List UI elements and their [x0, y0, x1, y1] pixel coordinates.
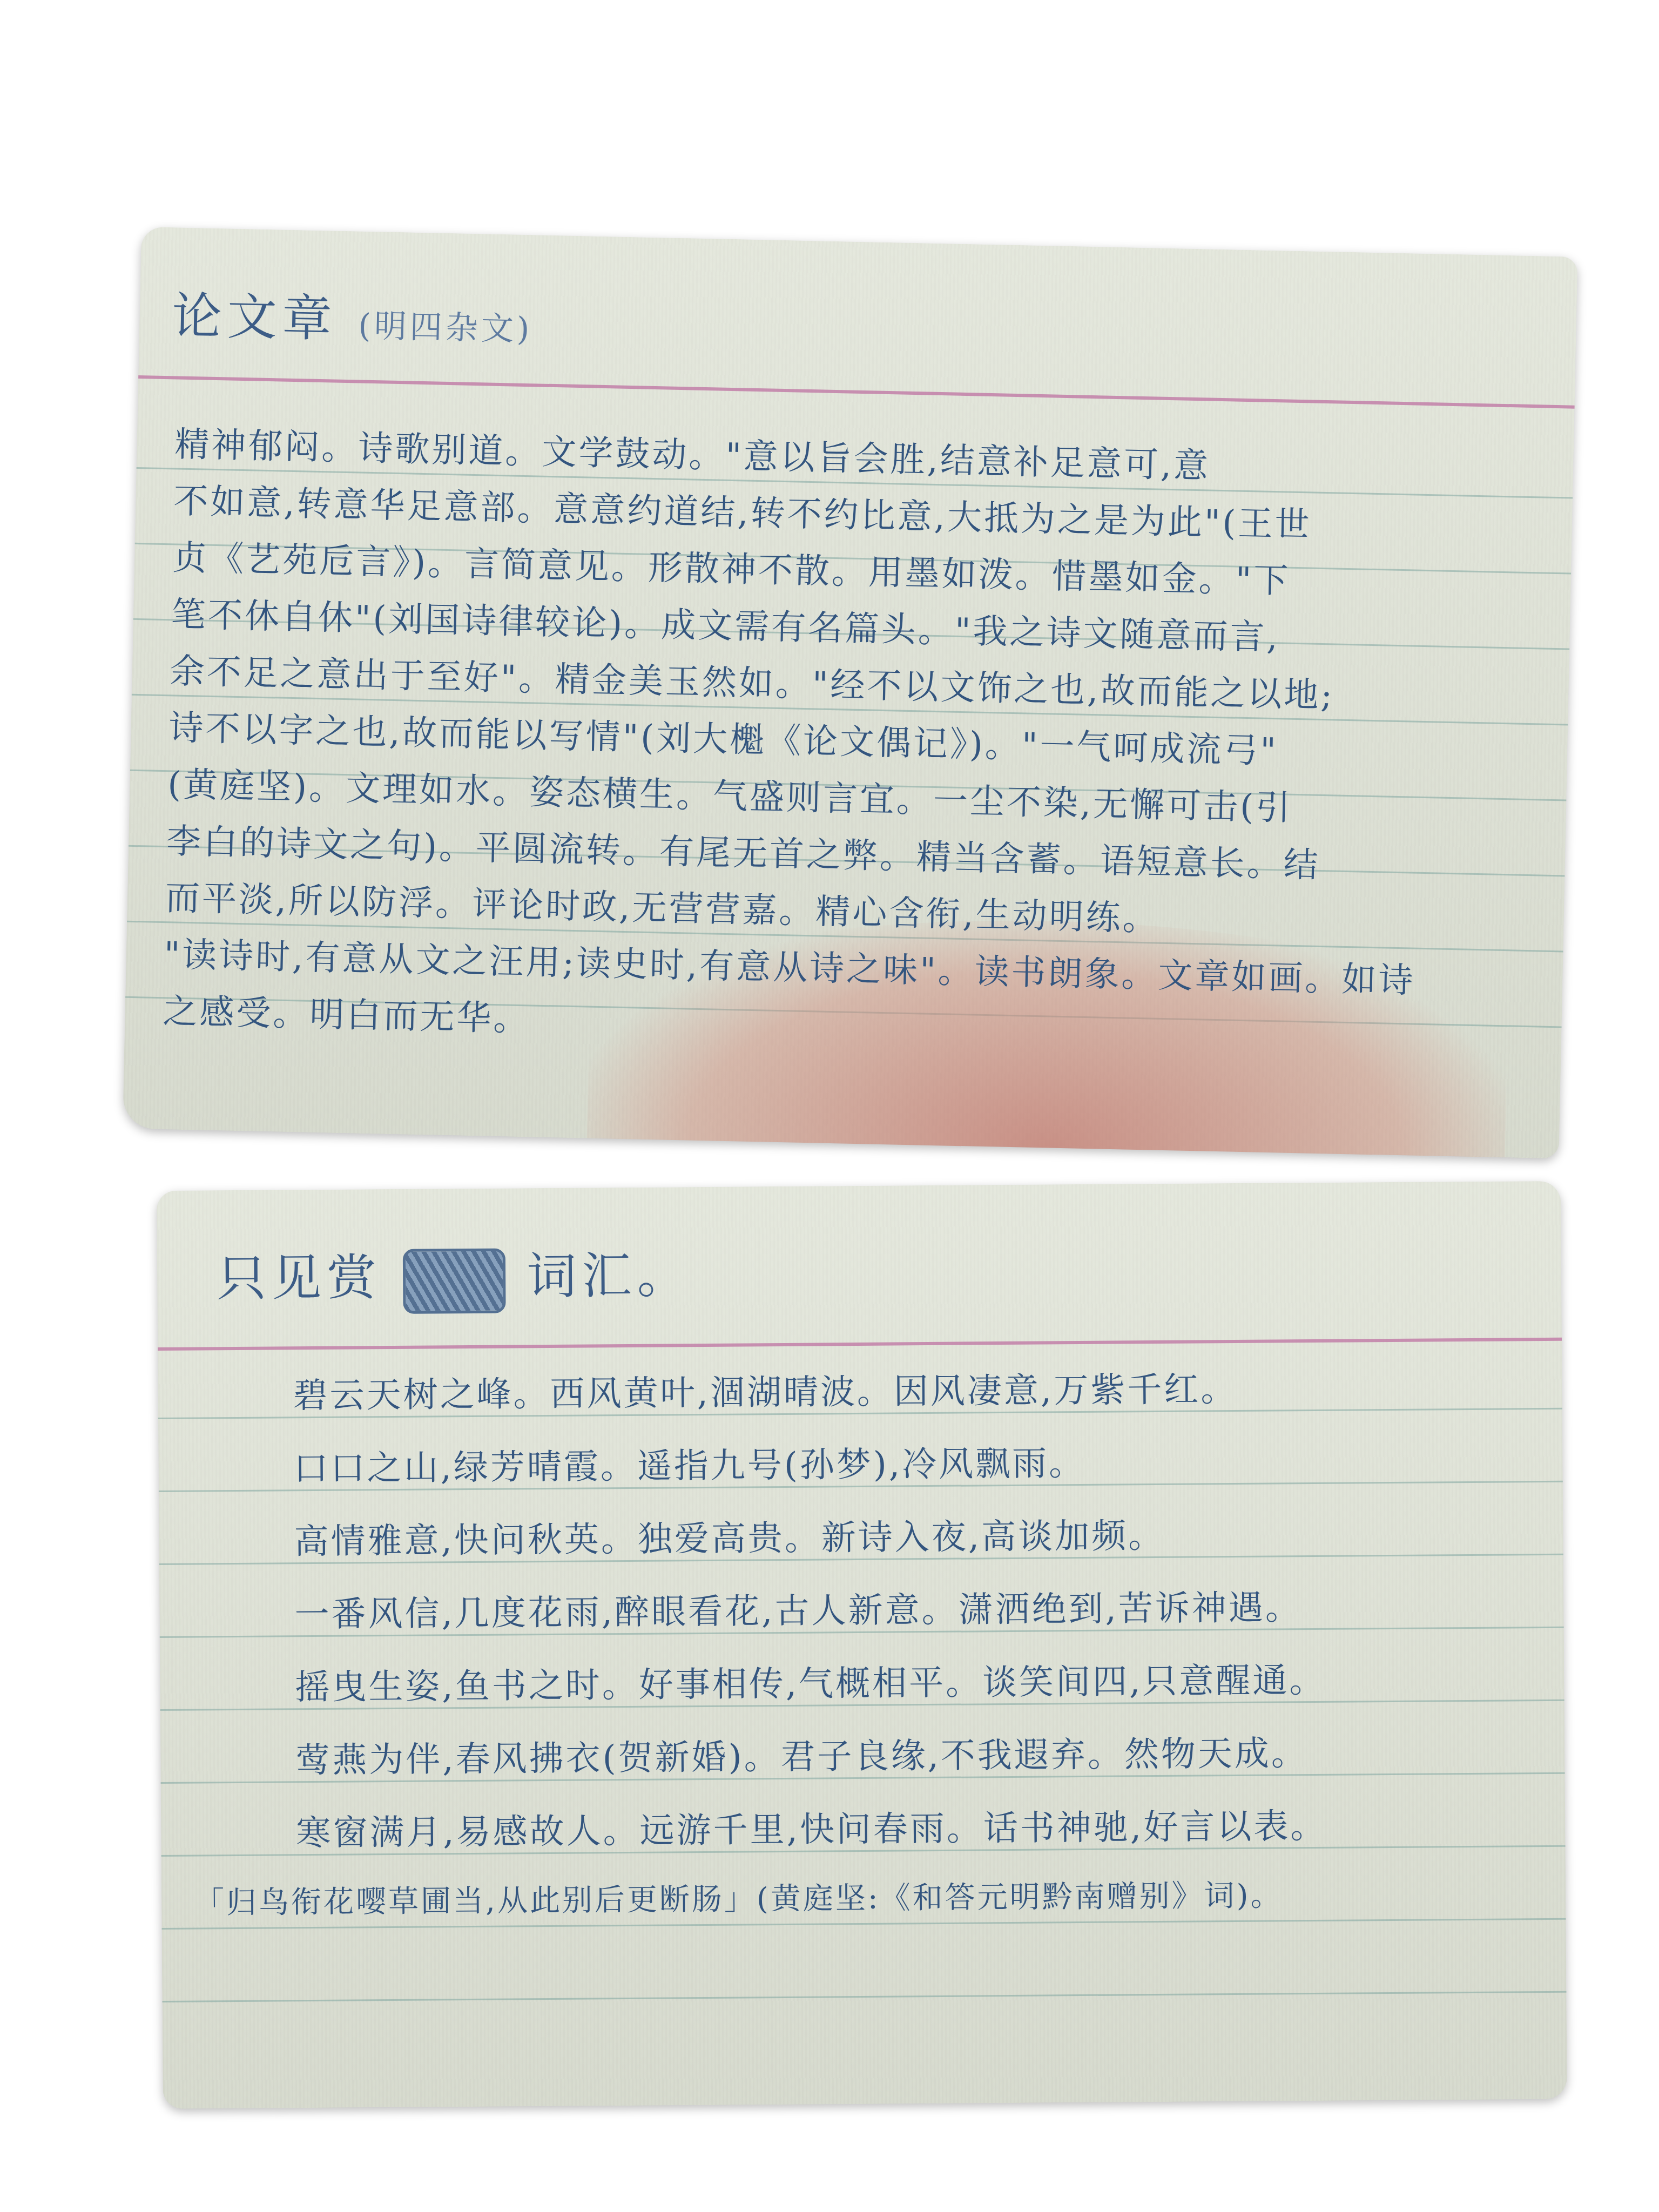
- text-line: 莺燕为伴,春风拂衣(贺新婚)。君子良缘,不我遐弃。然物天成。: [295, 1724, 1533, 1782]
- index-card-essay: 论文章 (明四杂文) 精神郁闷。诗歌别道。文学鼓动。"意以旨会胜,结意补足意可,…: [123, 227, 1577, 1158]
- card-title-text: 词汇。: [527, 1246, 692, 1305]
- card-title-note: (明四杂文): [358, 307, 533, 348]
- scribbled-out-word: [403, 1249, 506, 1314]
- card-title-text: 论文章: [171, 287, 338, 348]
- card-title-text: 只见赏: [217, 1249, 382, 1307]
- ruled-line: [162, 1991, 1566, 2002]
- header-rule: [158, 1338, 1562, 1351]
- text-line: 碧云天树之峰。西风黄叶,涸湖晴波。因风凄意,万紫千红。: [293, 1359, 1530, 1418]
- text-line: 高情雅意,快问秋英。独爱高贵。新诗入夜,高谈加频。: [294, 1505, 1531, 1563]
- header-rule: [138, 375, 1575, 409]
- text-line: 口口之山,绿芳晴霞。遥指九号(孙梦),冷风飘雨。: [293, 1432, 1530, 1491]
- text-line: 摇曳生姿,鱼书之时。好事相传,气概相平。谈笑间四,只意醒通。: [295, 1651, 1532, 1709]
- index-card-vocabulary: 只见赏 词汇。 碧云天树之峰。西风黄叶,涸湖晴波。因风凄意,万紫千红。 口口之山…: [157, 1181, 1567, 2109]
- text-line: 一番风信,几度花雨,醉眼看花,古人新意。潇洒绝到,苦诉神遇。: [294, 1578, 1532, 1636]
- text-line: 「归鸟衔花嘤草圃当,从此别后更断肠」(黄庭坚:《和答元明黔南赠别》词)。: [194, 1870, 1533, 1922]
- text-line: 寒窗满月,易感故人。远游千里,快问春雨。话书神驰,好言以表。: [296, 1797, 1533, 1855]
- card-title: 只见赏 词汇。: [217, 1236, 692, 1315]
- card-title: 论文章 (明四杂文): [171, 276, 534, 355]
